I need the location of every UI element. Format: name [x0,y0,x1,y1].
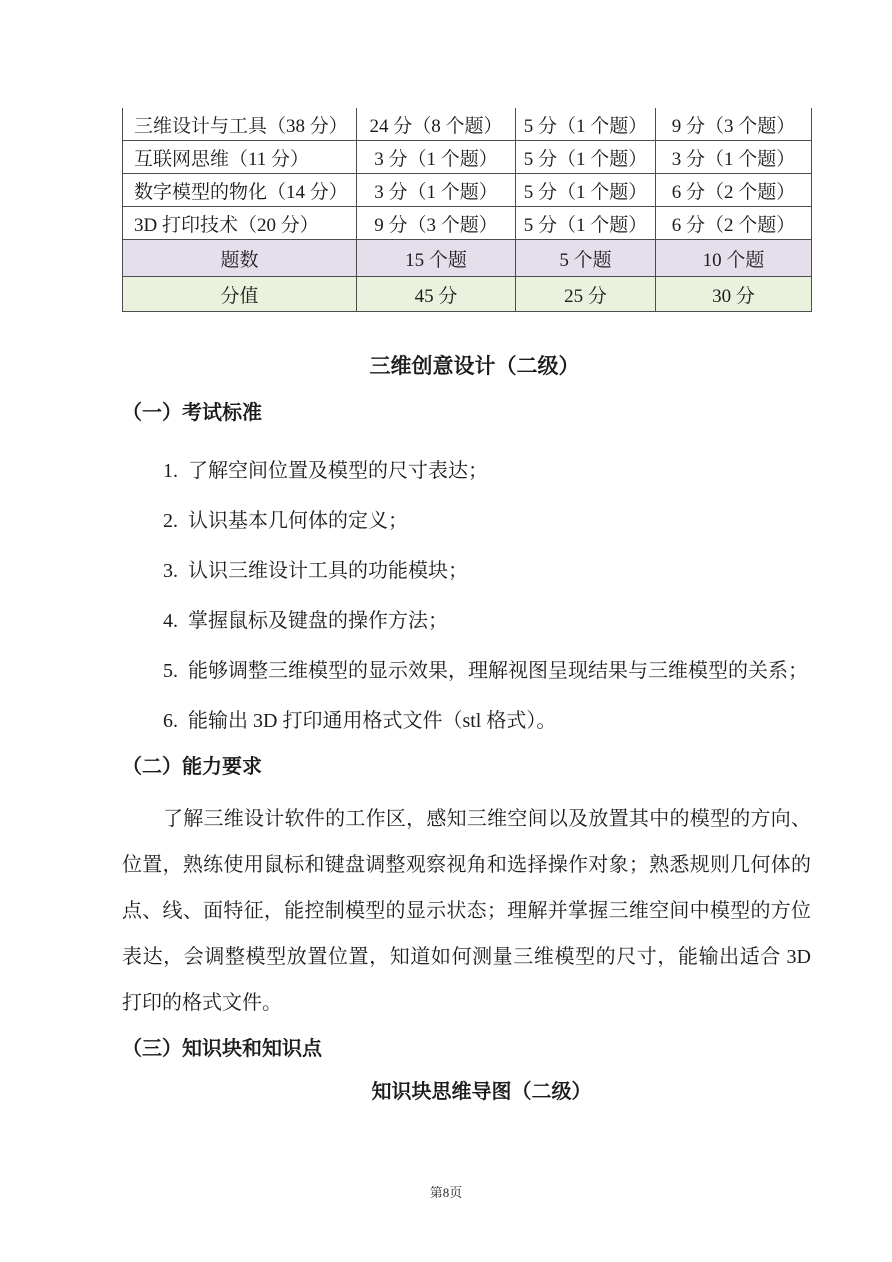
table-cell: 9 分（3 个题） [357,207,516,240]
table-cell: 3 分（1 个题） [357,141,516,174]
ability-requirements-paragraph: 了解三维设计软件的工作区，感知三维空间以及放置其中的模型的方向、位置，熟练使用鼠… [122,796,811,1026]
page-title: 三维创意设计（二级） [122,352,811,380]
exam-standards-list: 1. 了解空间位置及模型的尺寸表达； 2. 认识基本几何体的定义； 3. 认识三… [122,446,811,746]
table-row-question-count: 题数 15 个题 5 个题 10 个题 [123,240,812,277]
table-cell-category: 3D 打印技术（20 分） [123,207,357,240]
table-cell: 6 分（2 个题） [656,174,812,207]
table-cell: 5 分（1 个题） [516,174,656,207]
document-content: 三维设计与工具（38 分） 24 分（8 个题） 5 分（1 个题） 9 分（3… [122,108,811,1106]
list-item: 4. 掌握鼠标及键盘的操作方法； [122,596,811,646]
table-cell: 6 分（2 个题） [656,207,812,240]
table-cell: 9 分（3 个题） [656,108,812,141]
table-cell: 5 个题 [516,240,656,277]
table-cell-label: 题数 [123,240,357,277]
list-item: 6. 能输出 3D 打印通用格式文件（stl 格式）。 [122,696,811,746]
table-cell: 25 分 [516,277,656,312]
table-row: 3D 打印技术（20 分） 9 分（3 个题） 5 分（1 个题） 6 分（2 … [123,207,812,240]
section-heading-exam-standards: （一）考试标准 [122,398,811,428]
table-cell: 24 分（8 个题） [357,108,516,141]
table-cell: 3 分（1 个题） [357,174,516,207]
table-cell: 5 分（1 个题） [516,207,656,240]
list-item: 3. 认识三维设计工具的功能模块； [122,546,811,596]
table-cell-label: 分值 [123,277,357,312]
table-cell: 3 分（1 个题） [656,141,812,174]
table-cell: 15 个题 [357,240,516,277]
list-item: 2. 认识基本几何体的定义； [122,496,811,546]
section-heading-knowledge-blocks: （三）知识块和知识点 [122,1034,811,1064]
section-heading-ability-requirements: （二）能力要求 [122,752,811,782]
table-cell: 5 分（1 个题） [516,141,656,174]
table-row: 三维设计与工具（38 分） 24 分（8 个题） 5 分（1 个题） 9 分（3… [123,108,812,141]
mindmap-subtitle: 知识块思维导图（二级） [122,1078,811,1106]
table-row-score-value: 分值 45 分 25 分 30 分 [123,277,812,312]
table-cell: 45 分 [357,277,516,312]
table-row: 数字模型的物化（14 分） 3 分（1 个题） 5 分（1 个题） 6 分（2 … [123,174,812,207]
table-cell: 10 个题 [656,240,812,277]
page-number: 第8页 [0,1182,892,1201]
table-cell: 30 分 [656,277,812,312]
table-cell-category: 三维设计与工具（38 分） [123,108,357,141]
table-cell: 5 分（1 个题） [516,108,656,141]
list-item: 5. 能够调整三维模型的显示效果，理解视图呈现结果与三维模型的关系； [122,646,811,696]
list-item: 1. 了解空间位置及模型的尺寸表达； [122,446,811,496]
document-page: { "table": { "colors": { "questions_row_… [0,0,892,1262]
table-row: 互联网思维（11 分） 3 分（1 个题） 5 分（1 个题） 3 分（1 个题… [123,141,812,174]
score-distribution-table: 三维设计与工具（38 分） 24 分（8 个题） 5 分（1 个题） 9 分（3… [122,108,812,312]
table-cell-category: 互联网思维（11 分） [123,141,357,174]
table-cell-category: 数字模型的物化（14 分） [123,174,357,207]
